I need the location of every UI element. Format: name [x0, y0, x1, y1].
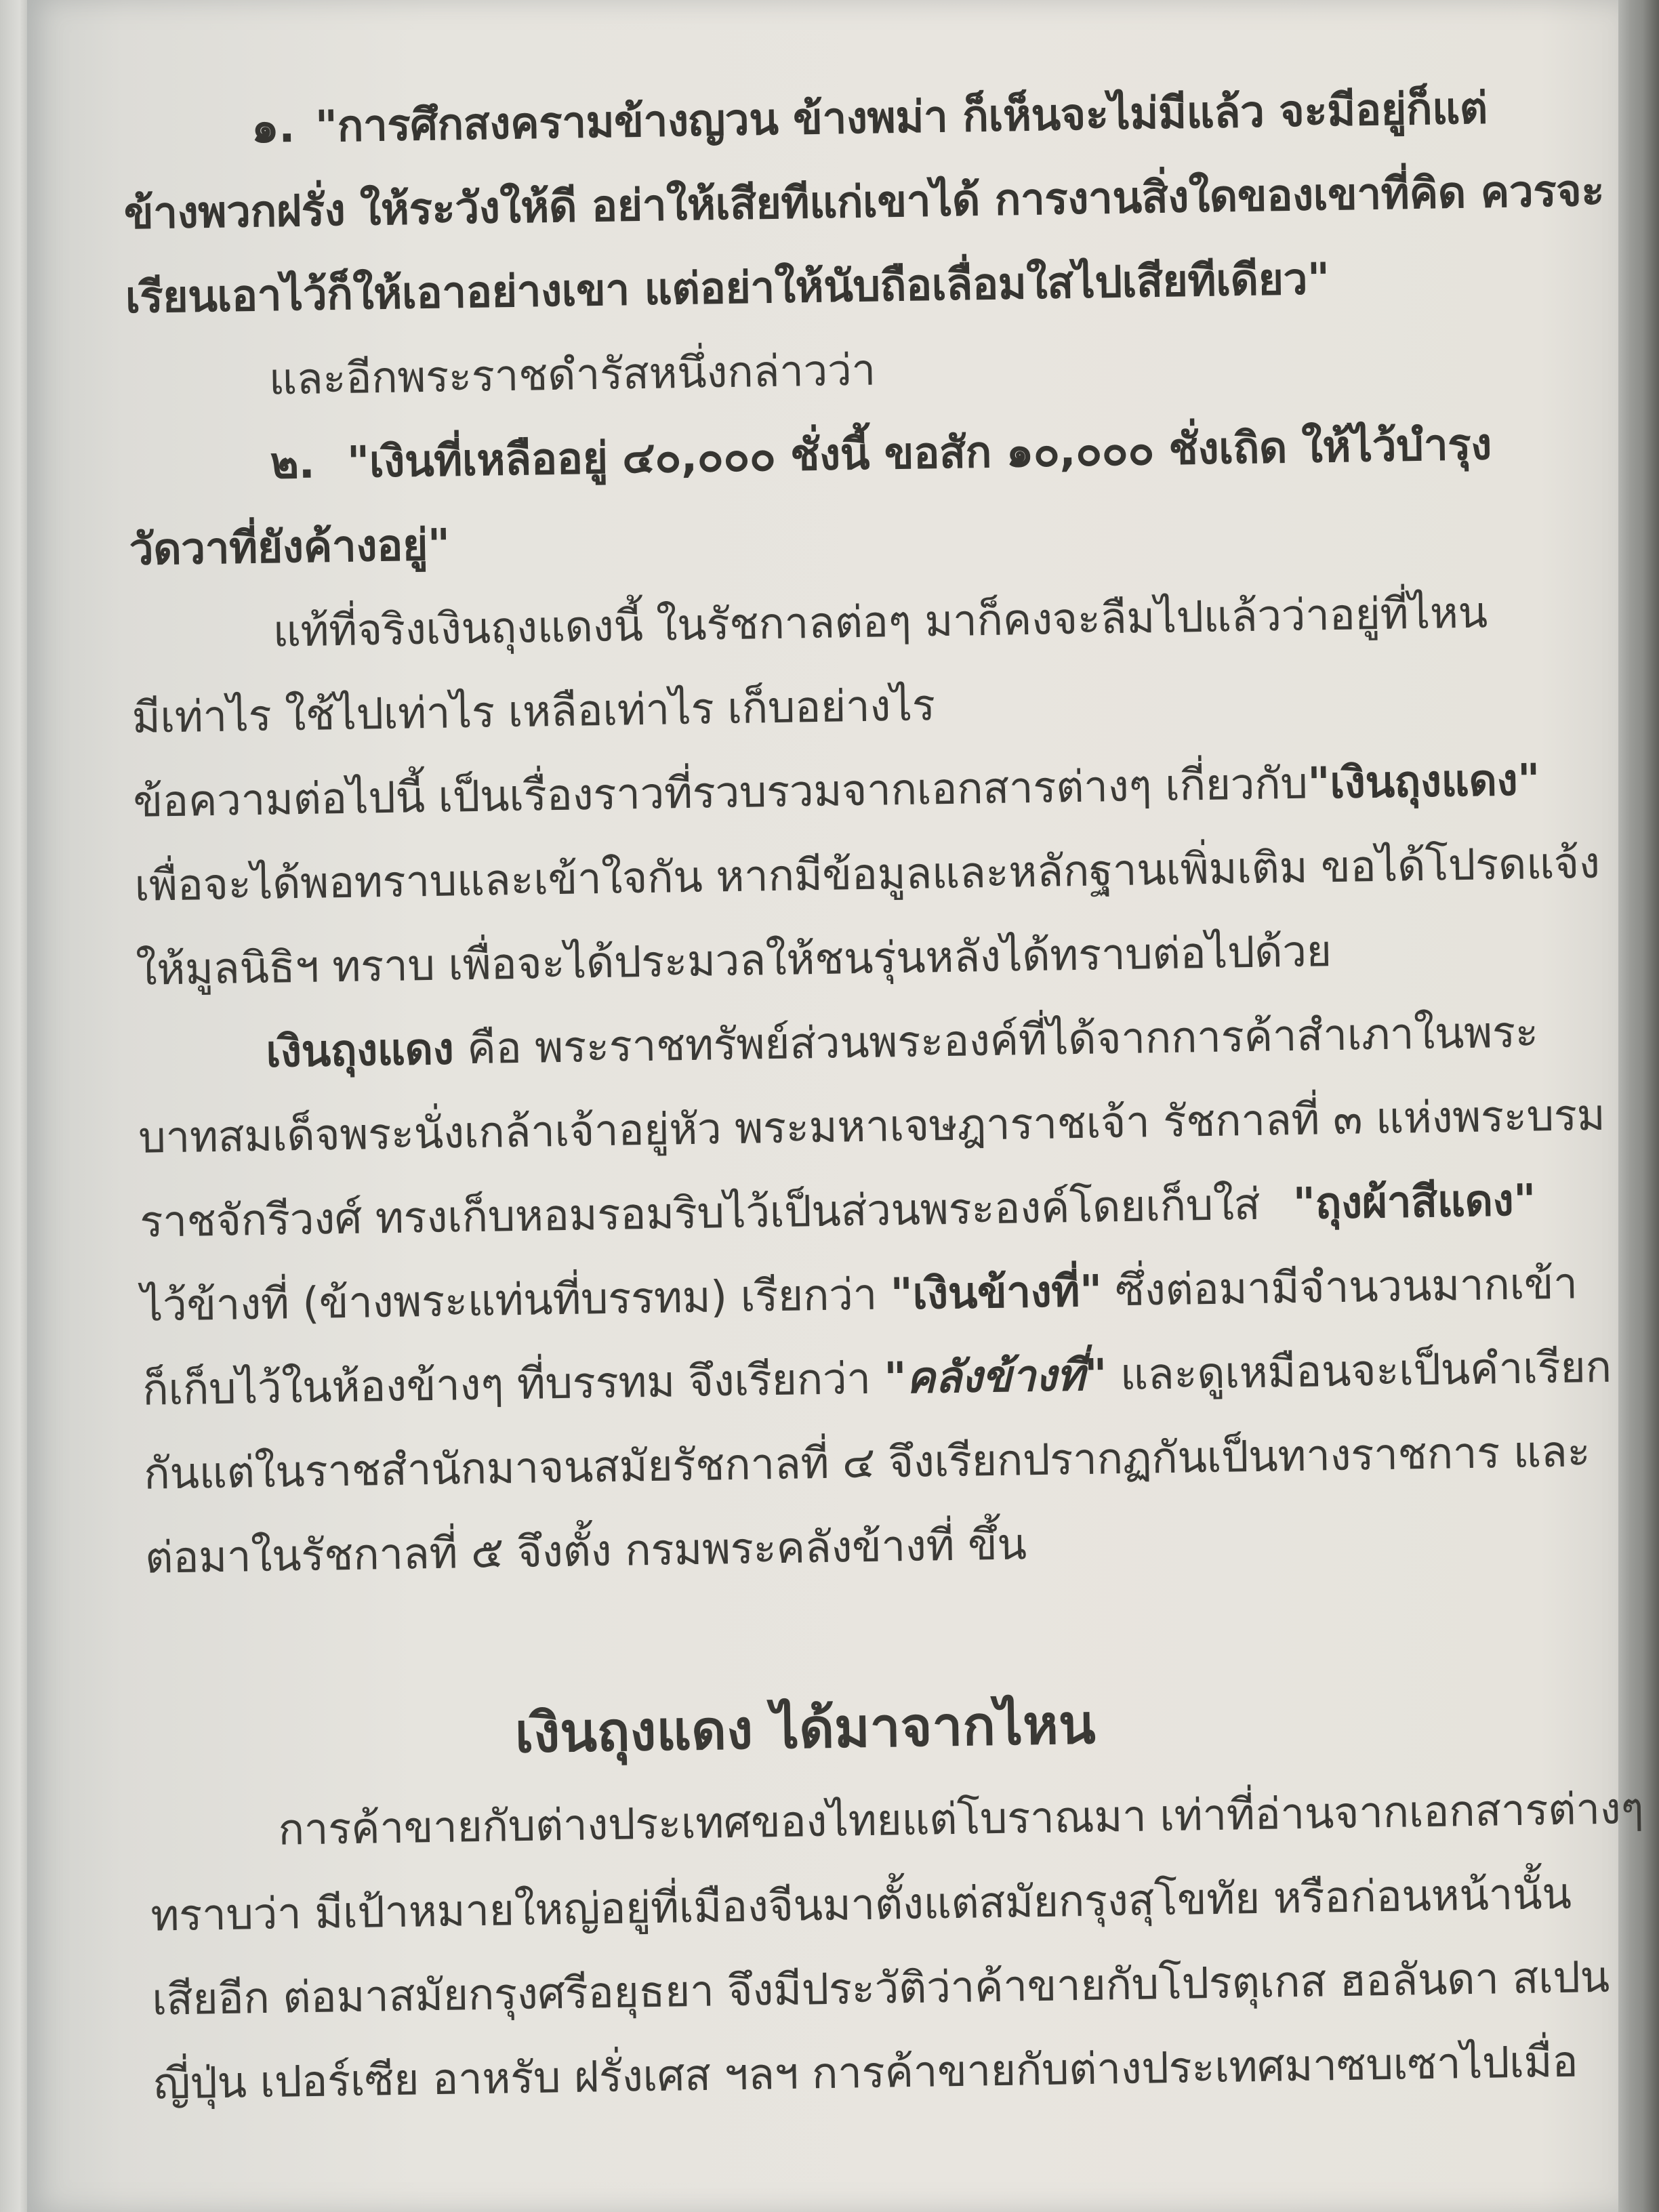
page-text: ๑. "การศึกสงครามข้างญวน ข้างพม่า ก็เห็นจ…	[122, 66, 1550, 2127]
quote-2-number: ๒.	[270, 438, 333, 489]
paragraph-3-line-5-b: และดูเหมือนจะเป็นคำเรียก	[1106, 1343, 1612, 1401]
term-khlang-khang-thi: "คลังข้างที่"	[884, 1350, 1107, 1404]
paragraph-3-line-1-rest: คือ พระราชทรัพย์ส่วนพระองค์ที่ได้จากการค…	[453, 1007, 1538, 1074]
term-ngoen-thung-daeng: "เงินถุงแดง"	[1307, 738, 1540, 825]
book-page-stack-edge	[1618, 0, 1659, 2212]
quote-2-text: "เงินที่เหลืออยู่ ๔๐,๐๐๐ ชั่งนี้ ขอสัก ๑…	[346, 419, 1492, 488]
term-ngoen-khang-thi: "เงินข้างที่"	[890, 1267, 1102, 1320]
term-lead-ngoen-thung-daeng: เงินถุงแดง	[266, 1024, 454, 1077]
paragraph-3-line-4-b: ซึ่งต่อมามีจำนวนมากเข้า	[1101, 1258, 1578, 1316]
paragraph-3-line-4-a: ไว้ข้างที่ (ข้างพระแท่นที่บรรทม) เรียกว่…	[141, 1269, 891, 1331]
quote-1-number: ๑.	[251, 85, 316, 170]
term-red-cloth-bag: "ถุงผ้าสีแดง"	[1292, 1158, 1536, 1246]
paragraph-3-line-5-a: ก็เก็บไว้ในห้องข้างๆ ที่บรรทม จึงเรียกว่…	[142, 1354, 884, 1416]
